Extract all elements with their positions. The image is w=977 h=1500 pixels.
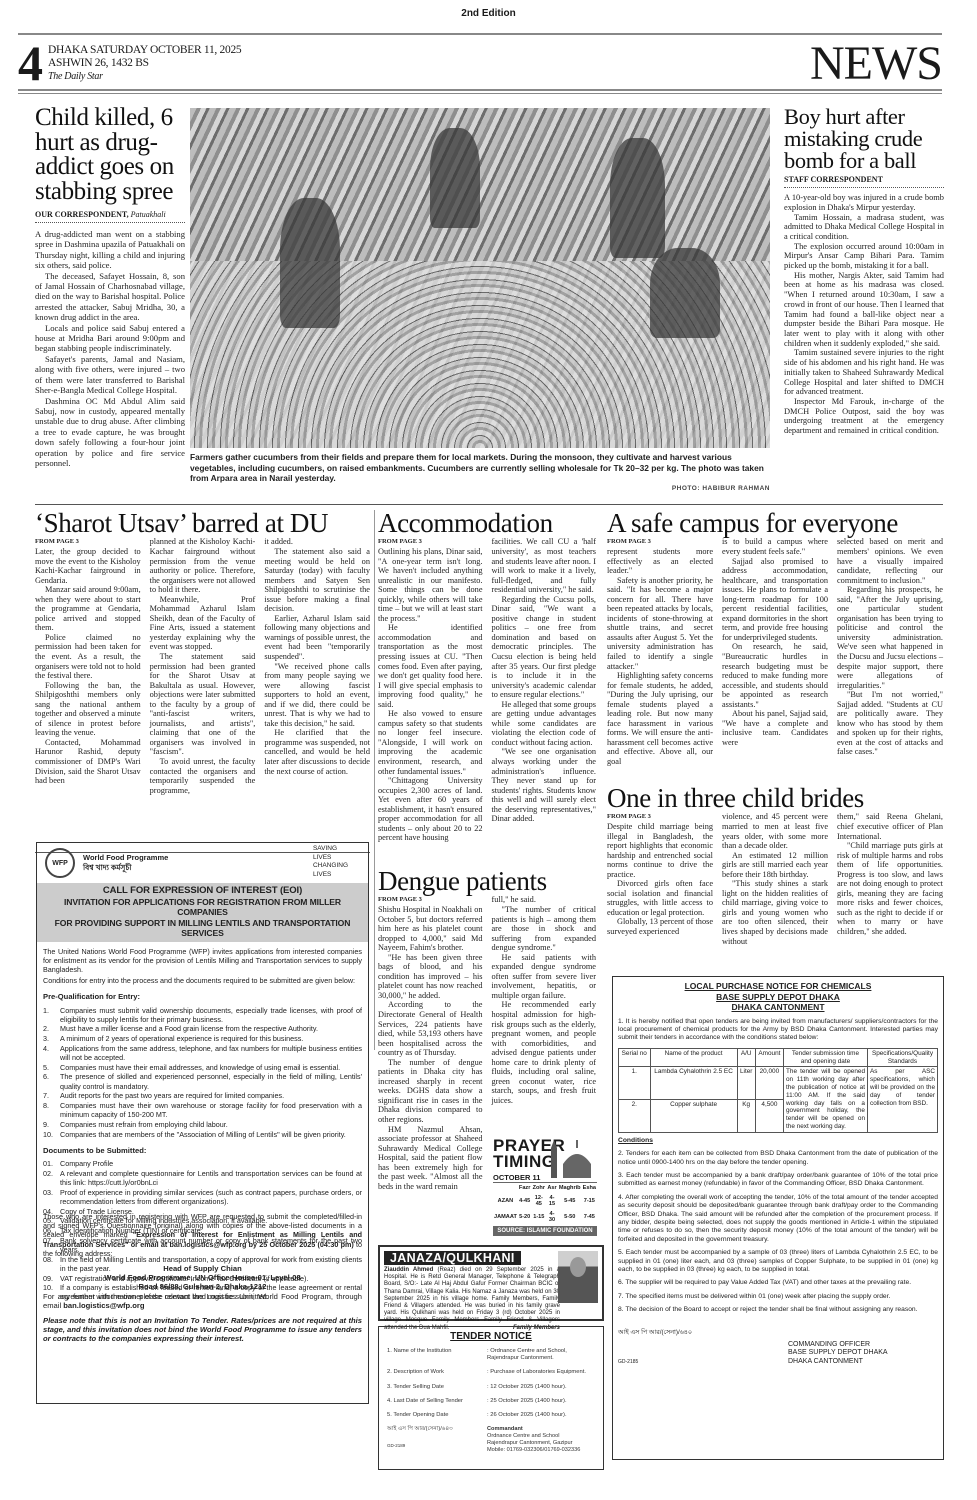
story-accommodation: Accommodation FROM PAGE 3 Outlining his … bbox=[378, 510, 596, 843]
headline: ‘Sharot Utsav’ barred at DU bbox=[35, 510, 370, 536]
wfp-org-name-bn: বিশ্ব খাদ্য কর্মসূচী bbox=[83, 863, 168, 873]
lp-ref: আই এস পি আর/(সেনা)/৬৪০ bbox=[618, 1329, 938, 1337]
story-body: A 10-year-old boy was injured in a crude… bbox=[784, 193, 944, 436]
wfp-header: WFP World Food Programmeবিশ্ব খাদ্য কর্ম… bbox=[37, 843, 368, 883]
janaza-title: JANAZA/QULKHANI bbox=[384, 1251, 521, 1265]
wfp-eoi-advert: WFP World Food Programmeবিশ্ব খাদ্য কর্ম… bbox=[36, 842, 369, 1204]
section-title: NEWS bbox=[810, 40, 942, 88]
prayer-timing-box: PRAYERTIMING OCTOBER 11 FazrZohrAsrMaghr… bbox=[493, 1138, 597, 1235]
photo-credit: PHOTO: HABIBUR RAHMAN bbox=[190, 484, 770, 495]
wfp-org-name: World Food Programme bbox=[83, 853, 168, 863]
story-child-brides: One in three child brides FROM PAGE 3 De… bbox=[607, 785, 943, 946]
column-divider bbox=[374, 510, 375, 1050]
story-body: FROM PAGE 3 Despite child marriage being… bbox=[607, 812, 943, 946]
local-purchase-notice: LOCAL PURCHASE NOTICE FOR CHEMICALS BASE… bbox=[612, 976, 944, 1460]
tender-notice: TENDER NOTICE 1. Name of the Institution… bbox=[378, 1326, 604, 1470]
tender-signatory: CommandantOrdnance Centre and SchoolRaje… bbox=[487, 1426, 580, 1453]
headline: One in three child brides bbox=[607, 785, 943, 811]
tender-code: GD-2189 bbox=[387, 1443, 487, 1450]
lp-title: LOCAL PURCHASE NOTICE FOR CHEMICALS BASE… bbox=[613, 981, 943, 1013]
wfp-logo-icon: WFP bbox=[45, 848, 75, 878]
story-child-killed: Child killed, 6 hurt as drug-addict goes… bbox=[35, 106, 185, 468]
news-photo-cucumber-farmers bbox=[190, 108, 770, 448]
story-sharot-utsav: ‘Sharot Utsav’ barred at DU FROM PAGE 3 … bbox=[35, 510, 370, 795]
story-body: FROM PAGE 3 Outlining his plans, Dinar s… bbox=[378, 537, 596, 843]
prequal-list: 1.Companies must submit valid ownership … bbox=[43, 1006, 362, 1139]
story-boy-hurt: Boy hurt after mistaking crude bomb for … bbox=[784, 106, 944, 436]
photo-caption: Farmers gather cucumbers from their fiel… bbox=[190, 452, 770, 494]
page-number: 4 bbox=[18, 40, 43, 86]
wfp-title-banner: CALL FOR EXPRESSION OF INTEREST (EOI) IN… bbox=[37, 883, 368, 942]
byline: STAFF CORRESPONDENT bbox=[784, 175, 944, 188]
story-body: FROM PAGE 3 represent students more effe… bbox=[607, 537, 943, 766]
wfp-tagline: SAVINGLIVESCHANGINGLIVES bbox=[313, 845, 348, 879]
wfp-disclaimer: Please note that this is not an Invitati… bbox=[43, 1316, 362, 1344]
tender-ref: আই এস পি আর/(সেনা)/৬৪৩ bbox=[387, 1426, 487, 1433]
wfp-address: Head of Supply Chian World Food Programm… bbox=[43, 1264, 362, 1292]
masthead: 4 DHAKA SATURDAY OCTOBER 11, 2025 ASHWIN… bbox=[18, 38, 942, 88]
prayer-times-table: FazrZohrAsrMaghribEsha AZAN4-4512-454-15… bbox=[493, 1182, 597, 1225]
headline: Child killed, 6 hurt as drug-addict goes… bbox=[35, 106, 185, 204]
edition-label: 2nd Edition bbox=[0, 8, 977, 19]
header-double-rule bbox=[18, 89, 942, 94]
story-body: FROM PAGE 3 Later, the group decided to … bbox=[35, 537, 370, 795]
wfp-contact-email: ban.logistics@wfp.org bbox=[63, 1301, 144, 1310]
chemicals-table: Serial noName of the productA/UAmountTen… bbox=[618, 1048, 938, 1133]
portrait-photo bbox=[558, 1251, 598, 1303]
date: DHAKA SATURDAY OCTOBER 11, 2025 bbox=[48, 44, 241, 57]
mosque-icon bbox=[549, 1138, 597, 1178]
headline: Boy hurt after mistaking crude bomb for … bbox=[784, 106, 944, 172]
headline: Accommodation bbox=[378, 510, 596, 536]
dateline: DHAKA SATURDAY OCTOBER 11, 2025 ASHWIN 2… bbox=[48, 44, 241, 83]
prayer-source: SOURCE: ISLAMIC FOUNDATION bbox=[493, 1226, 597, 1236]
bangla-date: ASHWIN 26, 1432 BS bbox=[48, 57, 241, 70]
story-body: A drug-addicted man went on a stabbing s… bbox=[35, 229, 185, 468]
top-rule bbox=[18, 33, 942, 35]
janaza-notice: JANAZA/QULKHANI Ziauddin Ahmed (Reaz) di… bbox=[378, 1245, 604, 1321]
headline: Dengue patients bbox=[378, 868, 596, 894]
divider bbox=[35, 504, 943, 505]
paper-name: The Daily Star bbox=[48, 70, 241, 83]
lp-code: GD-2185 bbox=[618, 1358, 638, 1366]
headline: A safe campus for everyone bbox=[607, 510, 943, 536]
tender-title: TENDER NOTICE bbox=[387, 1331, 595, 1342]
janaza-text: Ziauddin Ahmed (Reaz) died on 29 Septemb… bbox=[384, 1267, 560, 1332]
wfp-eoi-advert-bottom: Those who are interested in registering … bbox=[36, 1204, 369, 1404]
story-safe-campus: A safe campus for everyone FROM PAGE 3 r… bbox=[607, 510, 943, 767]
byline: OUR CORRESPONDENT, Patuakhali bbox=[35, 210, 185, 223]
lp-signatory: COMMANDING OFFICER BASE SUPPLY DEPOT DHA… bbox=[788, 1341, 938, 1366]
